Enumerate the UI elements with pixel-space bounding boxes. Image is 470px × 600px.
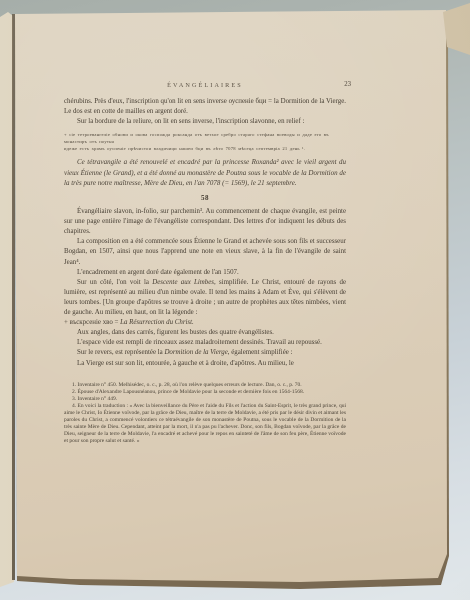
paragraph-angles: Aux angles, dans des carrés, figurent le… [64,328,346,338]
footnotes-block: 1. Inventaire n° 450. Melhisédec, o. c.,… [64,382,346,446]
paragraph-descente: Sur un côté, l'on voit la Descente aux L… [64,278,346,318]
paragraph-revers-pre: Sur le revers, est représentée la [77,349,164,356]
running-head-row: ÉVANGÉLIAIRES 23 [64,82,346,91]
paragraph-vierge: La Vierge est sur son lit, entourée, à g… [64,359,346,369]
paragraph-descente-pre: Sur un côté, l'on voit la [77,279,152,286]
footnote-2: 2. Épouse d'Alexandre Lapousnéanou, prin… [64,389,346,396]
legend-line: + въскрсеніе хво = La Résurrection du Ch… [64,318,346,328]
paragraph-revers-title: Dormition de la Vierge [164,349,227,356]
footnote-3: 3. Inventaire n° 449. [64,396,346,403]
footnote-1: 1. Inventaire n° 450. Melhisédec, o. c.,… [64,382,346,389]
paragraph-descente-title: Descente aux Limbes [152,279,214,286]
photograph-of-book-page: ÉVANGÉLIAIRES 23 chérubins. Près d'eux, … [0,0,470,600]
paragraph-encadrement: L'encadrement en argent doré date égalem… [64,268,346,278]
page-number: 23 [344,81,351,88]
paragraph-evangeliaire: Évangéliaire slavon, in-folio, sur parch… [64,207,346,237]
legend-french: La Résurrection du Christ. [120,319,194,326]
footnote-4: 4. En voici la traduction : « Avec la bi… [64,403,346,446]
paragraph-revers: Sur le revers, est représentée la Dormit… [64,348,346,358]
type-area: ÉVANGÉLIAIRES 23 chérubins. Près d'eux, … [64,82,346,445]
paragraph-composition: La composition en a été commencée sous É… [64,237,346,267]
item-number-heading: 58 [64,194,346,202]
slavonic-inscription: + сіе тетроевангеліе обнови и окова госп… [64,132,346,153]
running-head: ÉVANGÉLIAIRES [167,82,243,89]
paragraph-revers-post: , également simplifiée : [228,349,293,356]
slavonic-inscription-line-2: идеже естъ храмъ оуспеніе прѣчистои влад… [64,146,346,153]
legend-slavonic: + въскрсеніе хво = [64,319,120,326]
leaf-gap-shadow [12,14,15,580]
translation-paragraph: Ce tétravangile a été renouvelé et encad… [64,157,346,189]
slavonic-inscription-line-1: + сіе тетроевангеліе обнови и окова госп… [64,132,346,146]
paragraph-rinceaux: L'espace vide est rempli de rinceaux ass… [64,338,346,348]
paragraph-bordure: Sur la bordure de la reliure, on lit en … [64,117,346,127]
paragraph-cherubins: chérubins. Près d'eux, l'inscription qu'… [64,97,346,117]
